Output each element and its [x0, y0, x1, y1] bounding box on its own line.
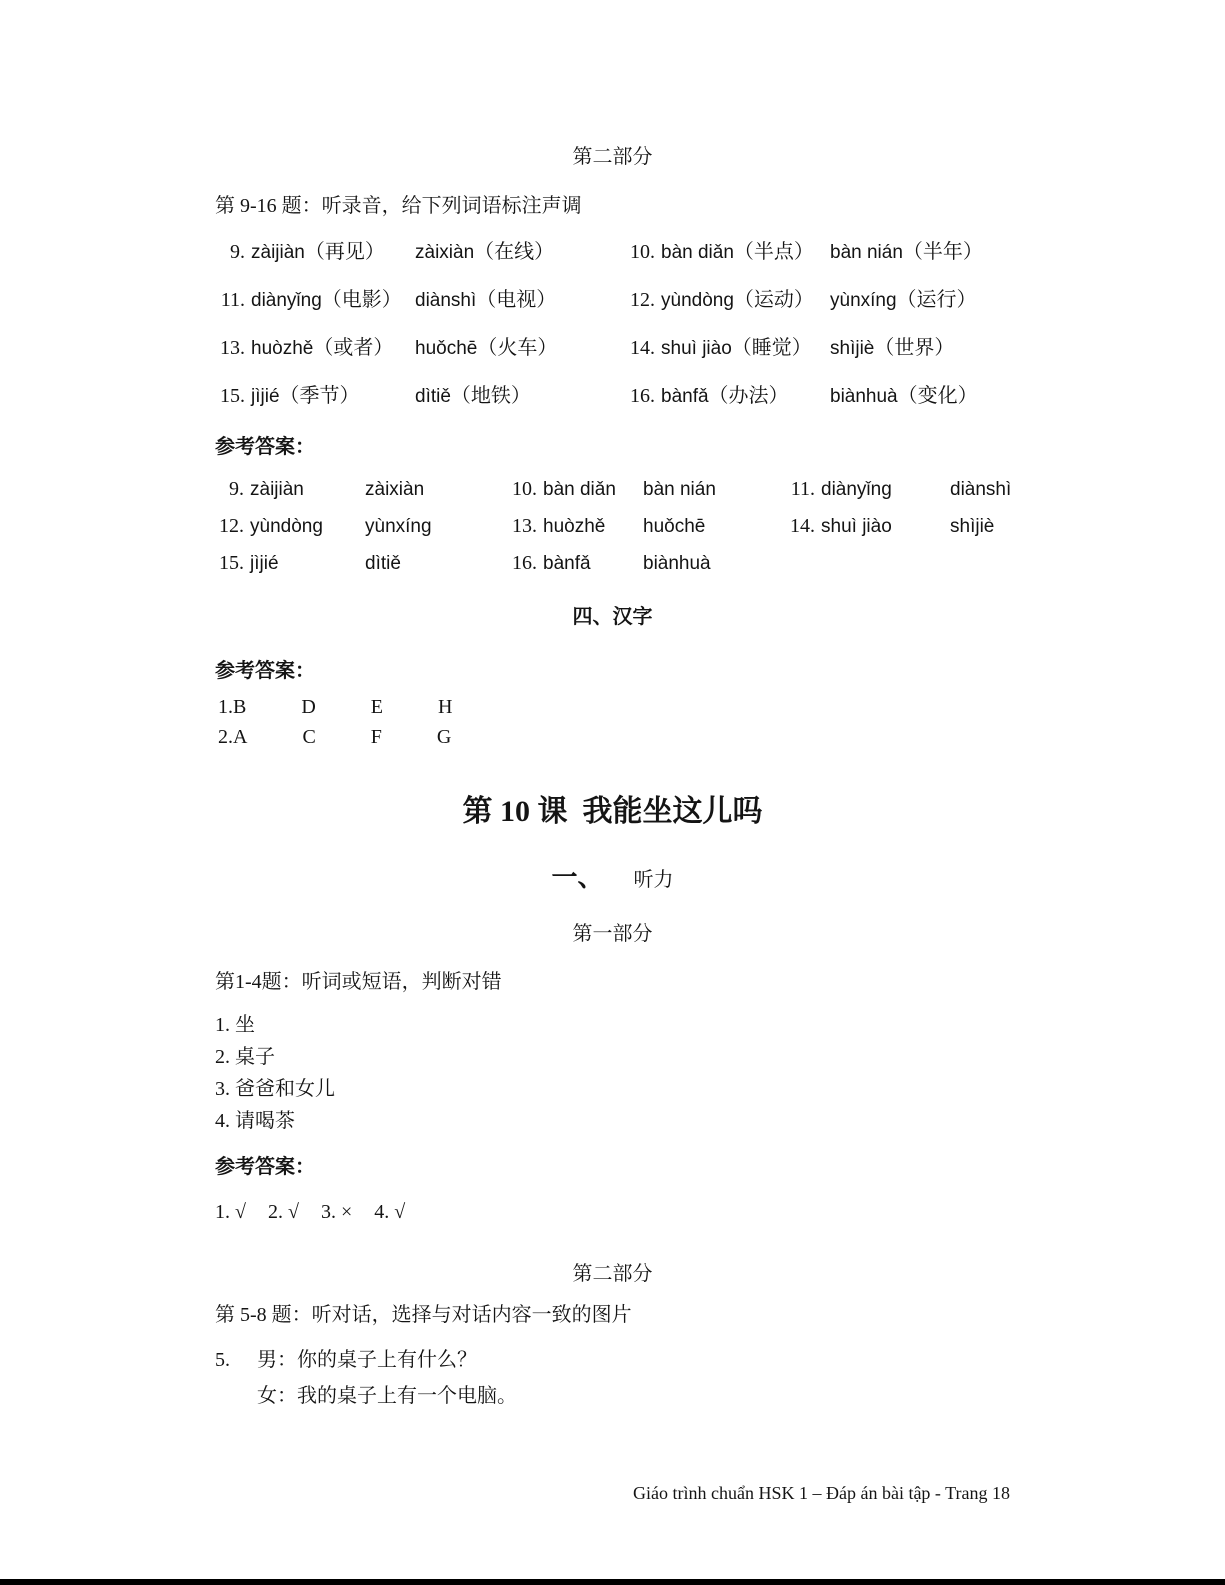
tone-question-item: 16.bànfǎ（办法）	[625, 379, 830, 408]
tone-answer-item: zàixiàn	[365, 477, 505, 503]
part1-heading: 第一部分	[0, 922, 1225, 946]
lesson-title: 第 10 课 我能坐这儿吗	[0, 794, 1225, 830]
pinyin: biànhuà	[643, 551, 711, 577]
pinyin: dìtiě	[365, 551, 401, 577]
answer-letter: C	[302, 722, 315, 752]
part1-instructions: 第1-4题：听词或短语，判断对错	[215, 969, 1225, 995]
tone-answer-item: 16.bànfǎ	[505, 550, 643, 577]
answer-letter: H	[438, 692, 452, 722]
hanzi-answer-row-1: 1.B D E H	[218, 692, 1225, 722]
pinyin: huòzhě	[543, 514, 605, 540]
item-number: 9.	[215, 241, 245, 264]
pinyin: zàixiàn	[415, 242, 474, 264]
hanzi: （办法）	[709, 379, 789, 408]
part1-answer-row: 1. √ 2. √ 3. × 4. √	[215, 1199, 1225, 1225]
reference-answers-label: 参考答案：	[215, 658, 1225, 684]
answer-letter: G	[437, 722, 451, 752]
tone-question-item: zàixiàn（在线）	[415, 235, 625, 264]
tone-question-item: dìtiě（地铁）	[415, 379, 625, 408]
pinyin: bànfǎ	[661, 386, 709, 408]
item-number: 13.	[505, 513, 537, 539]
item-number: 13.	[215, 337, 245, 360]
hanzi: （半年）	[903, 235, 983, 264]
answer-letter: 1.B	[218, 692, 246, 722]
tone-answer-grid: 9.zàijiàn zàixiàn 10.bàn diǎn bàn nián 1…	[212, 476, 1225, 577]
hanzi: （火车）	[477, 331, 557, 360]
tone-answer-item: 12.yùndòng	[212, 513, 365, 540]
reference-answers-label: 参考答案：	[215, 1154, 1225, 1180]
tone-answer-item: diànshì	[950, 477, 1225, 503]
hanzi: （电视）	[476, 283, 556, 312]
listening-section-heading: 一、听力	[0, 863, 1225, 897]
pinyin: huǒchē	[643, 514, 705, 540]
hanzi-section-heading: 四、汉字	[0, 605, 1225, 629]
hanzi: （再见）	[305, 235, 385, 264]
tone-answer-row: 12.yùndòng yùnxíng 13.huòzhě huǒchē 14.s…	[212, 513, 1225, 540]
pinyin: jìjié	[251, 386, 280, 408]
list-item: 4. 请喝茶	[215, 1105, 1225, 1137]
item-number: 16.	[505, 550, 537, 576]
tone-answer-item: dìtiě	[365, 551, 505, 577]
tone-question-item: 10.bàn diǎn（半点）	[625, 235, 830, 264]
list-item: 2. 桌子	[215, 1041, 1225, 1073]
hanzi: （变化）	[898, 379, 978, 408]
check-answer: 4. √	[374, 1199, 405, 1225]
pinyin: dìtiě	[415, 386, 451, 408]
pinyin: bàn nián	[643, 477, 716, 503]
pinyin: jìjié	[250, 551, 279, 577]
dialogue-line-female: 女：我的桌子上有一个电脑。	[257, 1383, 1225, 1409]
pinyin: bàn diǎn	[543, 477, 616, 503]
tone-question-row: 9.zàijiàn（再见） zàixiàn（在线） 10.bàn diǎn（半点…	[215, 235, 1225, 264]
tone-answer-item: huǒchē	[643, 514, 783, 540]
hanzi: （地铁）	[451, 379, 531, 408]
pinyin: diànshì	[950, 477, 1011, 503]
pinyin: diànyǐng	[251, 290, 322, 312]
hanzi: （世界）	[874, 331, 954, 360]
hanzi: （睡觉）	[732, 331, 812, 360]
item-number: 14.	[783, 513, 815, 539]
tones-instructions: 第 9-16 题：听录音，给下列词语标注声调	[215, 193, 1225, 219]
tone-question-row: 15.jìjié（季节） dìtiě（地铁） 16.bànfǎ（办法） biàn…	[215, 379, 1225, 408]
tone-question-item: yùnxíng（运行）	[830, 283, 1225, 312]
hanzi: （在线）	[474, 235, 554, 264]
pinyin: zàijiàn	[250, 477, 304, 503]
answer-letter: 2.A	[218, 722, 247, 752]
item-number: 12.	[625, 289, 655, 312]
pinyin: yùndòng	[661, 290, 734, 312]
tone-question-item: biànhuà（变化）	[830, 379, 1225, 408]
part2-instructions: 第 5-8 题：听对话，选择与对话内容一致的图片	[215, 1302, 1225, 1328]
section-number: 一、	[551, 863, 603, 892]
tone-question-item: 9.zàijiàn（再见）	[215, 235, 415, 264]
item-number: 12.	[212, 513, 244, 539]
part1-item-list: 1. 坐 2. 桌子 3. 爸爸和女儿 4. 请喝茶	[0, 1009, 1225, 1137]
question-number: 5.	[215, 1347, 257, 1373]
item-number: 16.	[625, 385, 655, 408]
dialogue-line-male: 5.男：你的桌子上有什么？	[215, 1347, 1225, 1373]
tone-answer-item: 13.huòzhě	[505, 513, 643, 540]
tone-question-item: 12.yùndòng（运动）	[625, 283, 830, 312]
pinyin: yùnxíng	[830, 290, 897, 312]
check-answer: 3. ×	[321, 1199, 352, 1225]
part2-heading: 第二部分	[0, 1262, 1225, 1286]
tone-question-item: 11.diànyǐng（电影）	[215, 283, 415, 312]
dialogue-text: 男：你的桌子上有什么？	[257, 1347, 477, 1373]
pinyin: yùndòng	[250, 514, 323, 540]
tone-question-row: 13.huòzhě（或者） huǒchē（火车） 14.shuì jiào（睡觉…	[215, 331, 1225, 360]
pinyin: diànshì	[415, 290, 476, 312]
pinyin: zàijiàn	[251, 242, 305, 264]
tone-question-item: diànshì（电视）	[415, 283, 625, 312]
tone-answer-item: bàn nián	[643, 477, 783, 503]
pinyin: bàn nián	[830, 242, 903, 264]
tone-question-item: 13.huòzhě（或者）	[215, 331, 415, 360]
list-item: 1. 坐	[215, 1009, 1225, 1041]
tone-answer-item: yùnxíng	[365, 514, 505, 540]
pinyin: yùnxíng	[365, 514, 432, 540]
tone-question-item: huǒchē（火车）	[415, 331, 625, 360]
item-number: 10.	[505, 476, 537, 502]
hanzi: （运动）	[734, 283, 814, 312]
tone-answer-row: 9.zàijiàn zàixiàn 10.bàn diǎn bàn nián 1…	[212, 476, 1225, 503]
item-number: 9.	[212, 476, 244, 502]
tone-answer-item: 14.shuì jiào	[783, 513, 950, 540]
reference-answers-label: 参考答案：	[215, 434, 1225, 460]
tone-answer-item: biànhuà	[643, 551, 783, 577]
tone-answer-item: 15.jìjié	[212, 550, 365, 577]
hanzi: （或者）	[313, 331, 393, 360]
hanzi: （季节）	[280, 379, 360, 408]
tone-question-item: 15.jìjié（季节）	[215, 379, 415, 408]
pinyin: bàn diǎn	[661, 242, 734, 264]
page-footer: Giáo trình chuẩn HSK 1 – Đáp án bài tập …	[633, 1482, 1010, 1504]
section-name: 听力	[634, 869, 674, 891]
pinyin: shìjiè	[950, 514, 994, 540]
item-number: 15.	[212, 550, 244, 576]
hanzi-answer-row-2: 2.A C F G	[218, 722, 1225, 752]
answer-letter: F	[371, 722, 382, 752]
pinyin: diànyǐng	[821, 477, 892, 503]
hanzi: （半点）	[734, 235, 814, 264]
tone-question-item: shìjiè（世界）	[830, 331, 1225, 360]
pinyin: zàixiàn	[365, 477, 424, 503]
pinyin: biànhuà	[830, 386, 898, 408]
tone-answer-row: 15.jìjié dìtiě 16.bànfǎ biànhuà	[212, 550, 1225, 577]
pinyin: huòzhě	[251, 338, 313, 360]
item-number: 10.	[625, 241, 655, 264]
hanzi: （电影）	[322, 283, 402, 312]
item-number: 11.	[783, 476, 815, 502]
item-number: 11.	[215, 289, 245, 312]
pinyin: huǒchē	[415, 338, 477, 360]
pinyin: shuì jiào	[821, 514, 892, 540]
tone-question-item: bàn nián（半年）	[830, 235, 1225, 264]
tone-question-grid: 9.zàijiàn（再见） zàixiàn（在线） 10.bàn diǎn（半点…	[215, 235, 1225, 408]
item-number: 14.	[625, 337, 655, 360]
tone-question-item: 14.shuì jiào（睡觉）	[625, 331, 830, 360]
pinyin: shuì jiào	[661, 338, 732, 360]
item-number: 15.	[215, 385, 245, 408]
tone-answer-item: 11.diànyǐng	[783, 476, 950, 503]
answer-letter: E	[371, 692, 383, 722]
dialogue-text: 女：我的桌子上有一个电脑。	[257, 1383, 517, 1409]
tones-part-heading: 第二部分	[0, 145, 1225, 169]
check-answer: 1. √	[215, 1199, 246, 1225]
answer-key-page: 第二部分 第 9-16 题：听录音，给下列词语标注声调 9.zàijiàn（再见…	[0, 0, 1225, 1585]
pinyin: bànfǎ	[543, 551, 591, 577]
page-bottom-edge	[0, 1579, 1225, 1585]
tone-answer-item: 9.zàijiàn	[212, 476, 365, 503]
check-answer: 2. √	[268, 1199, 299, 1225]
tone-answer-item: 10.bàn diǎn	[505, 476, 643, 503]
pinyin: shìjiè	[830, 338, 874, 360]
tone-answer-item: shìjiè	[950, 514, 1225, 540]
list-item: 3. 爸爸和女儿	[215, 1073, 1225, 1105]
answer-letter: D	[301, 692, 315, 722]
hanzi: （运行）	[897, 283, 977, 312]
tone-question-row: 11.diànyǐng（电影） diànshì（电视） 12.yùndòng（运…	[215, 283, 1225, 312]
